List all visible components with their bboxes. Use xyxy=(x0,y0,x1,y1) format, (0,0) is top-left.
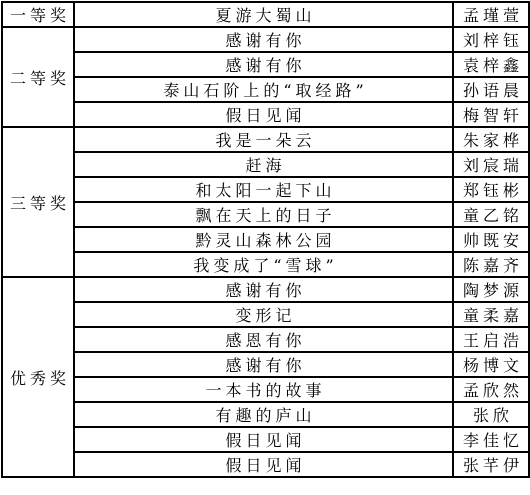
table-row: 黔灵山森林公园帅既安 xyxy=(2,227,529,252)
title-cell: 我变成了“雪球” xyxy=(74,252,453,277)
title-cell: 赶海 xyxy=(74,152,453,177)
name-cell: 刘宸瑞 xyxy=(453,152,529,177)
table-row: 飘在天上的日子童乙铭 xyxy=(2,202,529,227)
title-cell: 一本书的故事 xyxy=(74,377,453,402)
table-row: 优秀奖感谢有你陶梦源 xyxy=(2,277,529,302)
name-cell: 童乙铭 xyxy=(453,202,529,227)
title-cell: 飘在天上的日子 xyxy=(74,202,453,227)
table-row: 赶海刘宸瑞 xyxy=(2,152,529,177)
table-row: 假日见闻李佳忆 xyxy=(2,427,529,452)
table-row: 泰山石阶上的“取经路”孙语晨 xyxy=(2,77,529,102)
table-row: 一本书的故事孟欣然 xyxy=(2,377,529,402)
title-cell: 有趣的庐山 xyxy=(74,402,453,427)
name-cell: 郑钰彬 xyxy=(453,177,529,202)
table-row: 感谢有你杨博文 xyxy=(2,352,529,377)
title-cell: 假日见闻 xyxy=(74,102,453,127)
name-cell: 刘梓钰 xyxy=(453,27,529,52)
title-cell: 感谢有你 xyxy=(74,352,453,377)
table-row: 和太阳一起下山郑钰彬 xyxy=(2,177,529,202)
table-row: 三等奖我是一朵云朱家桦 xyxy=(2,127,529,152)
title-cell: 和太阳一起下山 xyxy=(74,177,453,202)
name-cell: 王启浩 xyxy=(453,327,529,352)
title-cell: 感谢有你 xyxy=(74,277,453,302)
title-cell: 感恩有你 xyxy=(74,327,453,352)
award-cell: 优秀奖 xyxy=(2,277,74,477)
title-cell: 泰山石阶上的“取经路” xyxy=(74,77,453,102)
name-cell: 张欣 xyxy=(453,402,529,427)
table-row: 假日见闻梅智轩 xyxy=(2,102,529,127)
table-row: 感恩有你王启浩 xyxy=(2,327,529,352)
name-cell: 朱家桦 xyxy=(453,127,529,152)
name-cell: 梅智轩 xyxy=(453,102,529,127)
name-cell: 陶梦源 xyxy=(453,277,529,302)
award-table-body: 一等奖夏游大蜀山孟瑾萱二等奖感谢有你刘梓钰感谢有你袁梓鑫泰山石阶上的“取经路”孙… xyxy=(2,2,529,477)
table-row: 一等奖夏游大蜀山孟瑾萱 xyxy=(2,2,529,27)
table-row: 二等奖感谢有你刘梓钰 xyxy=(2,27,529,52)
title-cell: 变形记 xyxy=(74,302,453,327)
table-row: 假日见闻张芊伊 xyxy=(2,452,529,477)
award-cell: 三等奖 xyxy=(2,127,74,277)
name-cell: 童柔嘉 xyxy=(453,302,529,327)
award-cell: 一等奖 xyxy=(2,2,74,27)
title-cell: 假日见闻 xyxy=(74,452,453,477)
title-cell: 感谢有你 xyxy=(74,27,453,52)
name-cell: 李佳忆 xyxy=(453,427,529,452)
table-row: 我变成了“雪球”陈嘉齐 xyxy=(2,252,529,277)
award-cell: 二等奖 xyxy=(2,27,74,127)
title-cell: 感谢有你 xyxy=(74,52,453,77)
name-cell: 孙语晨 xyxy=(453,77,529,102)
name-cell: 陈嘉齐 xyxy=(453,252,529,277)
title-cell: 夏游大蜀山 xyxy=(74,2,453,27)
title-cell: 假日见闻 xyxy=(74,427,453,452)
table-row: 变形记童柔嘉 xyxy=(2,302,529,327)
name-cell: 孟欣然 xyxy=(453,377,529,402)
name-cell: 孟瑾萱 xyxy=(453,2,529,27)
award-table: 一等奖夏游大蜀山孟瑾萱二等奖感谢有你刘梓钰感谢有你袁梓鑫泰山石阶上的“取经路”孙… xyxy=(1,1,530,478)
table-row: 感谢有你袁梓鑫 xyxy=(2,52,529,77)
table-row: 有趣的庐山张欣 xyxy=(2,402,529,427)
title-cell: 黔灵山森林公园 xyxy=(74,227,453,252)
name-cell: 杨博文 xyxy=(453,352,529,377)
title-cell: 我是一朵云 xyxy=(74,127,453,152)
name-cell: 帅既安 xyxy=(453,227,529,252)
name-cell: 袁梓鑫 xyxy=(453,52,529,77)
name-cell: 张芊伊 xyxy=(453,452,529,477)
